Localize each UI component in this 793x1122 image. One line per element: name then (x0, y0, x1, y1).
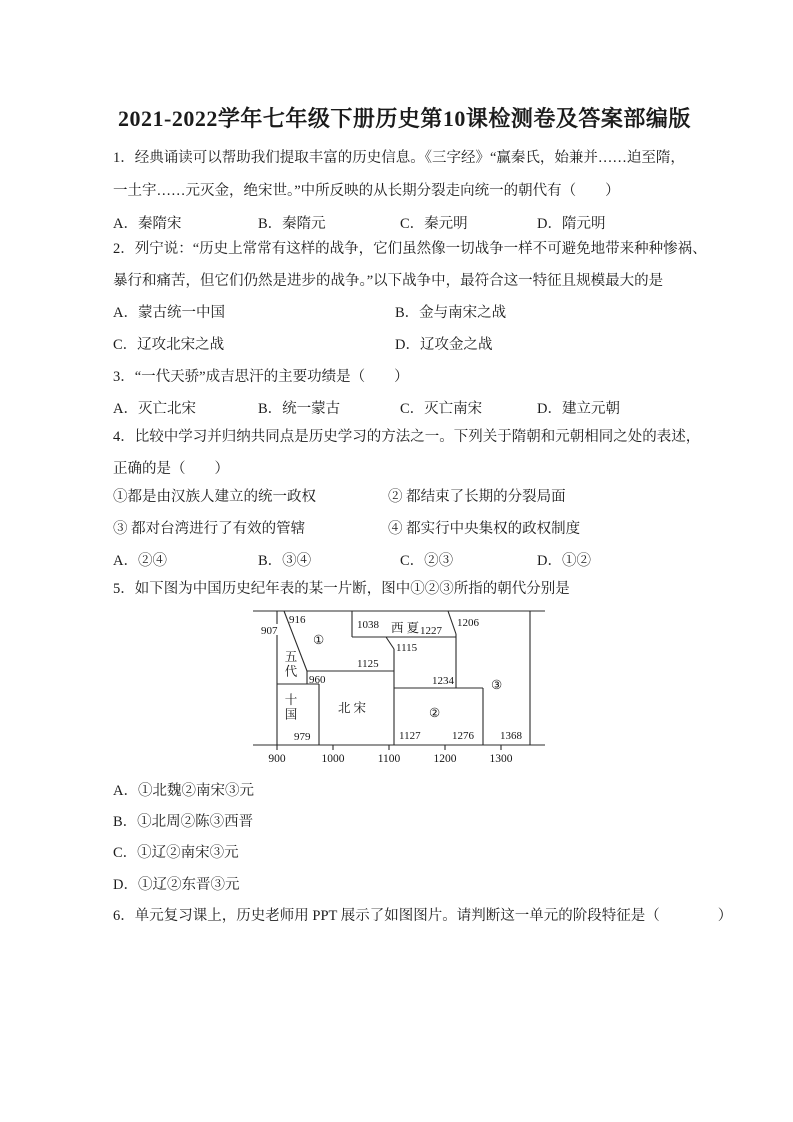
question-6-line-1: 6．单元复习课上，历史老师用 PPT 展示了如图图片。请判断这一单元的阶段特征是… (113, 908, 732, 925)
year-label-1227: 1227 (420, 625, 443, 637)
q4-item-1: ①都是由汉族人建立的统一政权 (113, 489, 316, 506)
question-4-line-1: 4．比较中学习并归纳共同点是历史学习的方法之一。下列关于隋朝和元朝相同之处的表述… (113, 429, 700, 446)
question-4-options: A．②④ B．③④ C．②③ D．①② (0, 553, 793, 571)
period-label-northern-song: 北宋 (338, 701, 369, 715)
question-2-options-cd: C．辽攻北宋之战 D．辽攻金之战 (0, 337, 793, 355)
year-label-1206: 1206 (457, 617, 480, 629)
axis-tick-900: 900 (268, 753, 286, 765)
q1-option-d: D．隋元明 (537, 216, 605, 233)
q3-option-a: A．灭亡北宋 (113, 401, 196, 418)
q2-option-b: B．金与南宋之战 (395, 305, 506, 322)
q3-option-b: B．统一蒙古 (258, 401, 340, 418)
page-title: 2021-2022学年七年级下册历史第10课检测卷及答案部编版 (118, 102, 691, 133)
year-label-1127: 1127 (399, 730, 421, 742)
year-label-1038: 1038 (357, 619, 380, 631)
year-label-1234: 1234 (432, 675, 455, 687)
question-5-line-1: 5．如下图为中国历史纪年表的某一片断，图中①②③所指的朝代分别是 (113, 581, 570, 598)
line-mongol-diagonal-1206 (448, 611, 456, 634)
q5-option-b: B．①北周②陈③西晋 (113, 814, 253, 831)
year-label-1125: 1125 (357, 658, 379, 670)
exam-page: 2021-2022学年七年级下册历史第10课检测卷及答案部编版 1．经典诵读可以… (0, 0, 793, 1122)
axis-tick-marks (277, 745, 501, 750)
year-label-1276: 1276 (452, 730, 475, 742)
q4-item-3: ③ 都对台湾进行了有效的管辖 (113, 521, 305, 538)
q4-item-4: ④ 都实行中央集权的政权制度 (388, 521, 580, 538)
q2-option-d: D．辽攻金之战 (395, 337, 492, 354)
question-3-options: A．灭亡北宋 B．统一蒙古 C．灭亡南宋 D．建立元朝 (0, 401, 793, 419)
q4-option-b: B．③④ (258, 553, 311, 570)
question-1-options: A．秦隋宋 B．秦隋元 C．秦元明 D．隋元明 (0, 216, 793, 234)
q1-option-b: B．秦隋元 (258, 216, 326, 233)
region-mark-1: ① (313, 633, 324, 647)
year-label-916: 916 (289, 614, 306, 626)
year-label-1368: 1368 (500, 730, 523, 742)
line-jin-diagonal-1115 (386, 637, 394, 649)
axis-tick-1000: 1000 (322, 753, 345, 765)
q1-option-a: A．秦隋宋 (113, 216, 181, 233)
year-label-907: 907 (261, 625, 278, 637)
question-4-items-34: ③ 都对台湾进行了有效的管辖 ④ 都实行中央集权的政权制度 (0, 521, 793, 539)
axis-tick-1300: 1300 (490, 753, 513, 765)
question-2-line-1: 2．列宁说：“历史上常常有这样的战争，它们虽然像一切战争一样不可避免地带来种种惨… (113, 241, 707, 258)
q4-option-a: A．②④ (113, 553, 167, 570)
q4-item-2: ② 都结束了长期的分裂局面 (388, 489, 566, 506)
question-2-options-ab: A．蒙古统一中国 B．金与南宋之战 (0, 305, 793, 323)
q1-option-c: C．秦元明 (400, 216, 468, 233)
q2-option-c: C．辽攻北宋之战 (113, 337, 224, 354)
period-label-ten-kingdoms: 十国 (283, 692, 297, 722)
q2-option-a: A．蒙古统一中国 (113, 305, 225, 322)
q4-option-d: D．①② (537, 553, 591, 570)
region-mark-2: ② (429, 706, 440, 720)
period-label-western-xia: 西 夏 (391, 621, 420, 635)
question-4-line-2: 正确的是（ ） (113, 461, 229, 478)
axis-tick-1200: 1200 (434, 753, 457, 765)
q3-option-d: D．建立元朝 (537, 401, 620, 418)
year-label-960: 960 (309, 674, 326, 686)
period-label-five-dynasties: 五代 (283, 650, 297, 679)
question-1-line-2: 一土宇……元灭金，绝宋世。”中所反映的从长期分裂走向统一的朝代有（ ） (113, 183, 620, 200)
region-mark-3: ③ (491, 678, 502, 692)
q5-option-c: C．①辽②南宋③元 (113, 845, 239, 862)
q3-option-c: C．灭亡南宋 (400, 401, 482, 418)
q5-option-d: D．①辽②东晋③元 (113, 877, 239, 894)
year-label-979: 979 (294, 731, 311, 743)
question-1-line-1: 1．经典诵读可以帮助我们提取丰富的历史信息。《三字经》“赢秦氏，始兼并……迫至隋… (113, 150, 685, 167)
question-3-line-1: 3．“一代天骄”成吉思汗的主要功绩是（ ） (113, 369, 409, 386)
timeline-diagram: 907 916 ① 五代 960 十国 979 北宋 1038 西 夏 1227… (253, 604, 545, 770)
axis-tick-1100: 1100 (378, 753, 401, 765)
year-label-1115: 1115 (396, 642, 418, 654)
question-2-line-2: 暴行和痛苦，但它们仍然是进步的战争。”以下战争中，最符合这一特征且规模最大的是 (113, 273, 663, 290)
q4-option-c: C．②③ (400, 553, 453, 570)
question-4-items-12: ①都是由汉族人建立的统一政权 ② 都结束了长期的分裂局面 (0, 489, 793, 507)
q5-option-a: A．①北魏②南宋③元 (113, 783, 254, 800)
